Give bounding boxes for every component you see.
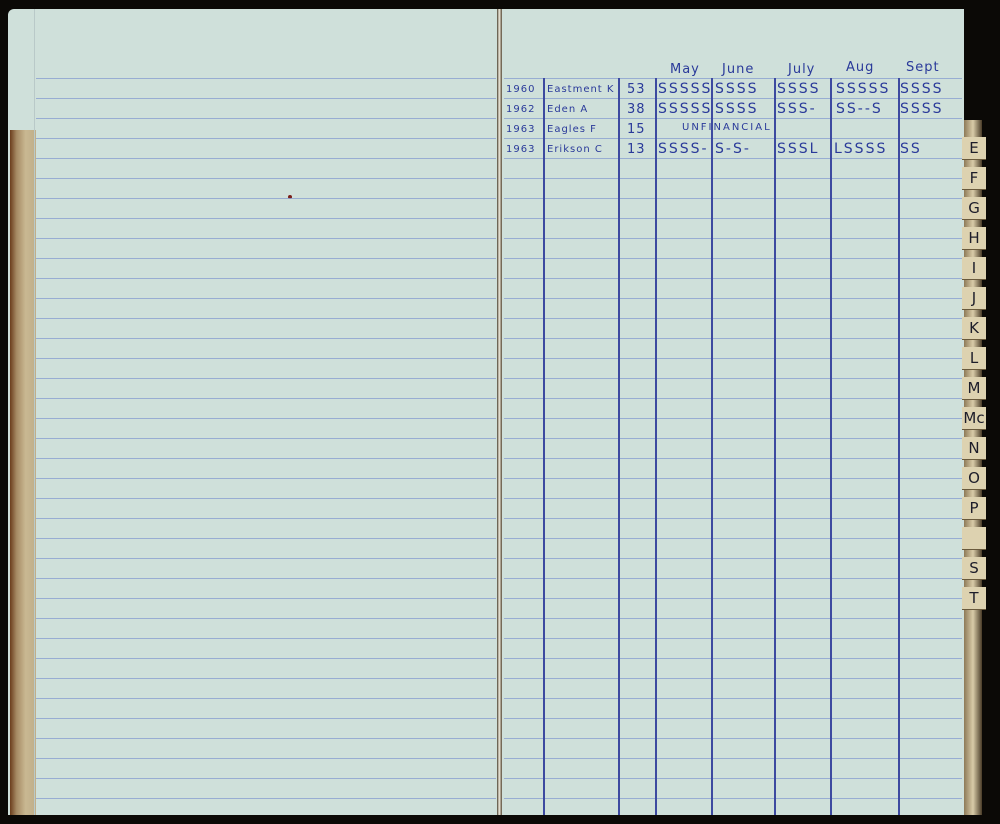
row-name: Eagles F [547, 124, 597, 135]
ruled-line-right [504, 518, 962, 519]
index-tab[interactable]: F [962, 167, 986, 190]
ruled-line-right [504, 118, 962, 119]
header-may: May [670, 62, 700, 77]
ruled-line-right [504, 198, 962, 199]
column-rule-name [543, 78, 545, 815]
ruled-line-right [504, 298, 962, 299]
column-rule-sept [898, 78, 900, 815]
ruled-line-right [504, 638, 962, 639]
ruled-line-right [504, 618, 962, 619]
ruled-line-left [36, 178, 496, 179]
index-tab[interactable]: T [962, 587, 986, 610]
ruled-line-right [504, 558, 962, 559]
index-tab[interactable]: L [962, 347, 986, 370]
ruled-line-right [504, 238, 962, 239]
column-rule-aug [830, 78, 832, 815]
row-sept: SS [900, 141, 922, 157]
row-june: SSSS [715, 101, 759, 117]
index-tab[interactable]: M [962, 377, 986, 400]
header-aug: Aug [846, 60, 874, 75]
ruled-line-left [36, 98, 496, 99]
row-may: SSSS- [658, 141, 709, 157]
ruled-line-left [36, 478, 496, 479]
ruled-line-right [504, 538, 962, 539]
ruled-line-right [504, 598, 962, 599]
column-rule-june [711, 78, 713, 815]
ruled-line-right [504, 478, 962, 479]
ruled-line-left [36, 798, 496, 799]
row-july: SSSS [777, 81, 821, 97]
ruled-line-left [36, 538, 496, 539]
header-sept: Sept [906, 60, 940, 75]
row-july: SSSL [777, 141, 819, 157]
row-number: 15 [627, 122, 646, 137]
ruled-line-left [36, 258, 496, 259]
row-june: SSSS [715, 81, 759, 97]
ruled-line-right [504, 738, 962, 739]
ruled-line-right [504, 138, 962, 139]
ruled-line-left [36, 558, 496, 559]
ruled-line-right [504, 678, 962, 679]
ruled-line-left [36, 278, 496, 279]
row-may: SSSSS [658, 101, 712, 117]
ruled-line-right [504, 338, 962, 339]
row-year: 1960 [506, 84, 535, 95]
ruled-line-right [504, 458, 962, 459]
ruled-line-left [36, 698, 496, 699]
header-june: June [722, 62, 754, 77]
ruled-line-right [504, 498, 962, 499]
index-tab[interactable]: P [962, 497, 986, 520]
index-tab[interactable]: G [962, 197, 986, 220]
ruled-line-right [504, 758, 962, 759]
index-tab[interactable]: S [962, 557, 986, 580]
row-name: Eastment K [547, 84, 614, 95]
ruled-line-left [36, 598, 496, 599]
ruled-line-left [36, 118, 496, 119]
ruled-line-right [504, 398, 962, 399]
ruled-line-right [504, 718, 962, 719]
left-margin-line [34, 9, 35, 815]
row-aug: SSSSS [836, 81, 890, 97]
row-sept: SSSS [900, 101, 944, 117]
ruled-line-right [504, 438, 962, 439]
column-rule-number [618, 78, 620, 815]
ruled-line-right [504, 418, 962, 419]
index-tab[interactable]: Mc [962, 407, 986, 430]
row-aug: SS--S [836, 101, 883, 117]
ruled-line-left [36, 458, 496, 459]
ruled-line-left [36, 358, 496, 359]
ruled-line-left [36, 438, 496, 439]
row-july: SSS- [777, 101, 817, 117]
ruled-line-right [504, 698, 962, 699]
ruled-line-left [36, 78, 496, 79]
header-july: July [788, 62, 815, 77]
ruled-line-right [504, 258, 962, 259]
ruled-line-left [36, 518, 496, 519]
ruled-line-left [36, 158, 496, 159]
ruled-line-right [504, 658, 962, 659]
row-note: Unfinancial [682, 122, 772, 133]
ruled-line-left [36, 638, 496, 639]
row-name: Erikson C [547, 144, 603, 155]
ruled-line-right [504, 798, 962, 799]
row-number: 13 [627, 142, 646, 157]
ruled-line-left [36, 658, 496, 659]
left-page [8, 9, 498, 815]
row-year: 1963 [506, 144, 535, 155]
ruled-line-left [36, 738, 496, 739]
column-rule-may [655, 78, 657, 815]
ruled-line-left [36, 678, 496, 679]
ruled-line-left [36, 338, 496, 339]
index-tab[interactable]: K [962, 317, 986, 340]
ruled-line-left [36, 498, 496, 499]
row-year: 1963 [506, 124, 535, 135]
row-may: SSSSS [658, 81, 712, 97]
ruled-line-right [504, 98, 962, 99]
index-tab[interactable]: I [962, 257, 986, 280]
ruled-line-right [504, 158, 962, 159]
ruled-line-left [36, 758, 496, 759]
ruled-line-right [504, 318, 962, 319]
ruled-line-right [504, 78, 962, 79]
ruled-line-left [36, 378, 496, 379]
row-june: S-S- [715, 141, 751, 157]
row-year: 1962 [506, 104, 535, 115]
index-tab[interactable]: E [962, 137, 986, 160]
ruled-line-left [36, 238, 496, 239]
index-tab[interactable]: J [962, 287, 986, 310]
left-page-edge [10, 130, 36, 815]
ruled-line-right [504, 358, 962, 359]
ruled-line-right [504, 778, 962, 779]
ruled-line-left [36, 778, 496, 779]
ruled-line-right [504, 218, 962, 219]
ruled-line-left [36, 218, 496, 219]
ruled-line-left [36, 718, 496, 719]
row-sept: SSSS [900, 81, 944, 97]
row-name: Eden A [547, 104, 588, 115]
ruled-line-right [504, 178, 962, 179]
ruled-line-left [36, 578, 496, 579]
ruled-line-left [36, 198, 496, 199]
row-aug: LSSSS [834, 141, 887, 157]
ruled-line-left [36, 318, 496, 319]
ruled-line-left [36, 298, 496, 299]
index-tab[interactable] [962, 527, 986, 550]
ruled-line-left [36, 418, 496, 419]
row-number: 53 [627, 82, 646, 97]
ruled-line-right [504, 578, 962, 579]
ruled-line-left [36, 138, 496, 139]
index-tab[interactable]: H [962, 227, 986, 250]
index-tab[interactable]: N [962, 437, 986, 460]
index-tab[interactable]: O [962, 467, 986, 490]
row-number: 38 [627, 102, 646, 117]
column-rule-july [774, 78, 776, 815]
ruled-line-right [504, 278, 962, 279]
ruled-line-left [36, 618, 496, 619]
ruled-line-left [36, 398, 496, 399]
ruled-line-right [504, 378, 962, 379]
